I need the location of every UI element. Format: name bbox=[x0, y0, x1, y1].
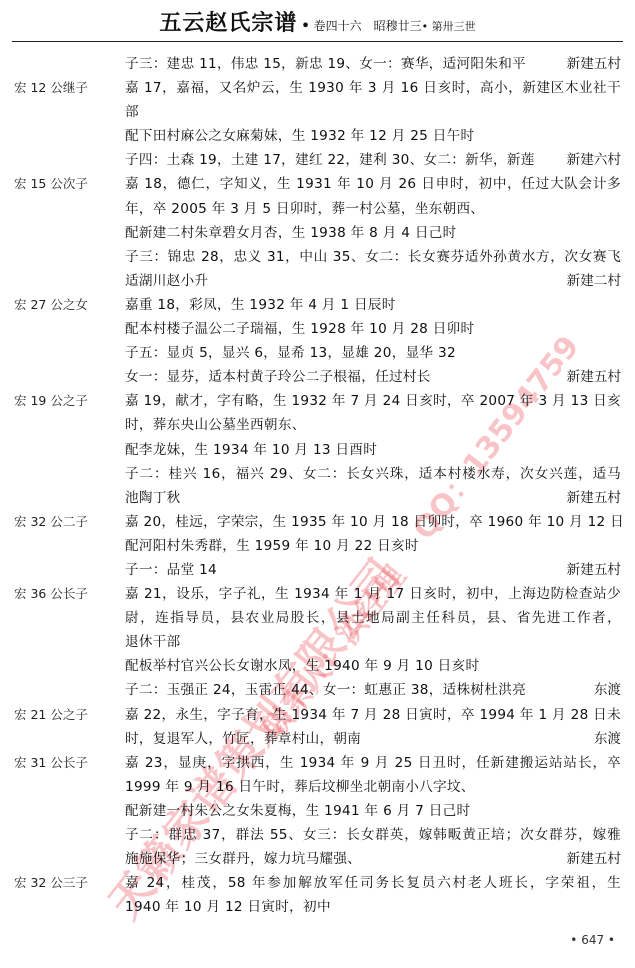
entry-line: 宏 27 公之女 嘉重 18，彩凤，生 1932 年 4 月 1 日辰时 bbox=[0, 293, 635, 317]
entry-line: 尉，连指导员，县农业局股长，县土地局副主任科员，县、省先进工作者， bbox=[0, 606, 635, 630]
entry-line: 子三：建忠 11，伟忠 15，新忠 19、女一：赛华，适河阳朱和平 新建五村 bbox=[0, 52, 635, 76]
lineage-label: 宏 32 公二子 bbox=[14, 510, 88, 534]
residence-place: 新建五村 bbox=[561, 486, 621, 510]
entry-line: 宏 32 公三子 嘉 24，桂茂，58 年参加解放军任司务长复员六村老人班长，字… bbox=[0, 871, 635, 895]
entry-line: 子二：群忠 37，群法 55、女三：长女群英，嫁韩畈黄正培；次女群芬，嫁雅 bbox=[0, 823, 635, 847]
entry-line: 部 bbox=[0, 100, 635, 124]
header-divider bbox=[12, 41, 623, 42]
entry-text: 子三：锦忠 28，忠义 31，中山 35、女二：长女赛芬适外孙黄水方，次女赛飞 bbox=[125, 245, 621, 269]
entry-line: 配新建一村朱公之女朱夏梅，生 1941 年 6 月 7 日己时 bbox=[0, 799, 635, 823]
lineage-label: 宏 19 公之子 bbox=[14, 389, 88, 413]
entry-line: 宏 19 公之子 嘉 19，献才，字有略，生 1932 年 7 月 24 日亥时… bbox=[0, 389, 635, 413]
genealogy-content: 子三：建忠 11，伟忠 15，新忠 19、女一：赛华，适河阳朱和平 新建五村 宏… bbox=[0, 52, 635, 919]
entry-line: 退休干部 bbox=[0, 630, 635, 654]
entry-text: 年，卒 2005 年 3 月 5 日卯时，葬一村公墓，坐东朝西、 bbox=[125, 197, 621, 221]
entry-line: 女一：显芬，适本村黄子玲公二子根福，任过村长 新建五村 bbox=[0, 365, 635, 389]
entry-text: 配本村楼子温公二子瑞福，生 1928 年 10 月 28 日卯时 bbox=[125, 317, 621, 341]
genealogy-entry: 宏 12 公继子 嘉 17，嘉福，又名炉云，生 1930 年 3 月 16 日亥… bbox=[0, 76, 635, 172]
lineage-label: 宏 27 公之女 bbox=[14, 293, 88, 317]
volume-label: 卷四十六 昭穆廿三 bbox=[314, 19, 422, 33]
entry-line: 配板举村官兴公长女谢水凤，生 1940 年 9 月 10 日亥时 bbox=[0, 654, 635, 678]
entry-text: 嘉 18，德仁，字知义，生 1931 年 10 月 26 日申时，初中，任过大队… bbox=[125, 172, 621, 196]
lineage-label: 宏 36 公长子 bbox=[14, 582, 88, 606]
entry-line: 子二：玉强正 24，玉雷正 44、女一：虹惠正 38，适株树杜洪亮 东渡 bbox=[0, 678, 635, 702]
entry-line: 宏 31 公长子 嘉 23，显庚，字拱西，生 1934 年 9 月 25 日丑时… bbox=[0, 751, 635, 775]
page-number: • 647 • bbox=[570, 933, 615, 947]
residence-place: 新建二村 bbox=[561, 269, 621, 293]
entry-text: 配新建一村朱公之女朱夏梅，生 1941 年 6 月 7 日己时 bbox=[125, 799, 621, 823]
entry-line: 时，复退军人，竹匠，葬章村山，朝南 东渡 bbox=[0, 727, 635, 751]
entry-line: 子三：锦忠 28，忠义 31，中山 35、女二：长女赛芬适外孙黄水方，次女赛飞 bbox=[0, 245, 635, 269]
entry-text: 尉，连指导员，县农业局股长，县土地局副主任科员，县、省先进工作者， bbox=[125, 606, 621, 630]
residence-place: 东渡 bbox=[588, 678, 621, 702]
genealogy-entry: 宏 19 公之子 嘉 19，献才，字有略，生 1932 年 7 月 24 日亥时… bbox=[0, 389, 635, 509]
entry-text: 时，葬东央山公墓坐西朝东、 bbox=[125, 413, 621, 437]
entry-line: 池陶丁秋 新建五村 bbox=[0, 486, 635, 510]
genealogy-entry: 宏 27 公之女 嘉重 18，彩凤，生 1932 年 4 月 1 日辰时 配本村… bbox=[0, 293, 635, 389]
residence-place: 新建五村 bbox=[561, 558, 621, 582]
entry-text: 1940 年 10 月 12 日寅时，初中 bbox=[125, 895, 621, 919]
genealogy-entry: 宏 15 公次子 嘉 18，德仁，字知义，生 1931 年 10 月 26 日申… bbox=[0, 172, 635, 292]
lineage-label: 宏 32 公三子 bbox=[14, 871, 88, 895]
entry-line: 1999 年 9 月 16 日午时，葬后坟柳坐北朝南小八字坟、 bbox=[0, 775, 635, 799]
entry-line: 子二：桂兴 16，福兴 29、女二：长女兴珠，适本村楼水寿，次女兴莲，适马 bbox=[0, 462, 635, 486]
entry-text: 子五：显贞 5，显兴 6，显希 13，显雄 20，显华 32 bbox=[125, 341, 621, 365]
page-header: 五云赵氏宗谱•卷四十六 昭穆廿三• 第卅三世 bbox=[0, 6, 635, 36]
entry-text: 配河阳村朱秀群，生 1959 年 10 月 22 日亥时 bbox=[125, 534, 621, 558]
entry-text: 池陶丁秋 bbox=[125, 486, 621, 510]
entry-line: 时，葬东央山公墓坐西朝东、 bbox=[0, 413, 635, 437]
entry-line: 子四：土森 19，土建 17，建红 22，建利 30、女二：新华，新莲 新建六村 bbox=[0, 148, 635, 172]
entry-text: 适湖川赵小升 bbox=[125, 269, 621, 293]
entry-line: 配李龙妹，生 1934 年 10 月 13 日酉时 bbox=[0, 438, 635, 462]
entry-text: 嘉 23，显庚，字拱西，生 1934 年 9 月 25 日丑时，任新建搬运站站长… bbox=[125, 751, 621, 775]
residence-place: 东渡 bbox=[588, 727, 621, 751]
genealogy-entry: 宏 21 公之子 嘉 22，永生，字子育，生 1934 年 7 月 28 日寅时… bbox=[0, 703, 635, 751]
entry-text: 1999 年 9 月 16 日午时，葬后坟柳坐北朝南小八字坟、 bbox=[125, 775, 621, 799]
entry-line: 宏 15 公次子 嘉 18，德仁，字知义，生 1931 年 10 月 26 日申… bbox=[0, 172, 635, 196]
entry-text: 退休干部 bbox=[125, 630, 621, 654]
entry-text: 配板举村官兴公长女谢水凤，生 1940 年 9 月 10 日亥时 bbox=[125, 654, 621, 678]
genealogy-entry: 宏 36 公长子 嘉 21，设乐，字子礼，生 1934 年 1 月 17 日亥时… bbox=[0, 582, 635, 702]
entry-text: 女一：显芬，适本村黄子玲公二子根福，任过村长 bbox=[125, 365, 621, 389]
entry-text: 嘉 20，桂远，字荣宗，生 1935 年 10 月 18 日卯时，卒 1960 … bbox=[125, 510, 621, 534]
entry-text: 嘉 24，桂茂，58 年参加解放军任司务长复员六村老人班长，字荣祖，生 bbox=[125, 871, 621, 895]
header-separator: • bbox=[301, 19, 309, 34]
entry-line: 配本村楼子温公二子瑞福，生 1928 年 10 月 28 日卯时 bbox=[0, 317, 635, 341]
residence-place: 新建六村 bbox=[561, 148, 621, 172]
entry-line: 子一：品堂 14 新建五村 bbox=[0, 558, 635, 582]
entry-line: 1940 年 10 月 12 日寅时，初中 bbox=[0, 895, 635, 919]
entry-line: 宏 12 公继子 嘉 17，嘉福，又名炉云，生 1930 年 3 月 16 日亥… bbox=[0, 76, 635, 100]
entry-line: 配新建二村朱章碧女月杏，生 1938 年 8 月 4 日己时 bbox=[0, 221, 635, 245]
genealogy-entry: 宏 32 公二子 嘉 20，桂远，字荣宗，生 1935 年 10 月 18 日卯… bbox=[0, 510, 635, 582]
entry-text: 施施保华；三女群丹，嫁力坑马耀强、 bbox=[125, 847, 621, 871]
residence-place: 新建五村 bbox=[561, 52, 621, 76]
entry-line: 宏 21 公之子 嘉 22，永生，字子育，生 1934 年 7 月 28 日寅时… bbox=[0, 703, 635, 727]
entry-text: 嘉 19，献才，字有略，生 1932 年 7 月 24 日亥时，卒 2007 年… bbox=[125, 389, 621, 413]
entry-text: 子二：群忠 37，群法 55、女三：长女群英，嫁韩畈黄正培；次女群芬，嫁雅 bbox=[125, 823, 621, 847]
lineage-label: 宏 12 公继子 bbox=[14, 76, 88, 100]
entry-text: 配李龙妹，生 1934 年 10 月 13 日酉时 bbox=[125, 438, 621, 462]
entry-text: 子三：建忠 11，伟忠 15，新忠 19、女一：赛华，适河阳朱和平 bbox=[125, 52, 621, 76]
generation-label: • 第卅三世 bbox=[422, 20, 476, 33]
entry-text: 子四：土森 19，土建 17，建红 22，建利 30、女二：新华，新莲 bbox=[125, 148, 621, 172]
entry-text: 子二：桂兴 16，福兴 29、女二：长女兴珠，适本村楼水寿，次女兴莲，适马 bbox=[125, 462, 621, 486]
entry-text: 子二：玉强正 24，玉雷正 44、女一：虹惠正 38，适株树杜洪亮 bbox=[125, 678, 621, 702]
entry-line: 年，卒 2005 年 3 月 5 日卯时，葬一村公墓，坐东朝西、 bbox=[0, 197, 635, 221]
entry-text: 嘉 22，永生，字子育，生 1934 年 7 月 28 日寅时，卒 1994 年… bbox=[125, 703, 621, 727]
genealogy-entry: 子三：建忠 11，伟忠 15，新忠 19、女一：赛华，适河阳朱和平 新建五村 bbox=[0, 52, 635, 76]
entry-line: 宏 32 公二子 嘉 20，桂远，字荣宗，生 1935 年 10 月 18 日卯… bbox=[0, 510, 635, 534]
entry-text: 时，复退军人，竹匠，葬章村山，朝南 bbox=[125, 727, 621, 751]
residence-place: 新建五村 bbox=[561, 847, 621, 871]
entry-line: 施施保华；三女群丹，嫁力坑马耀强、 新建五村 bbox=[0, 847, 635, 871]
entry-text: 嘉 17，嘉福，又名炉云，生 1930 年 3 月 16 日亥时，高小，新建区木… bbox=[125, 76, 621, 100]
entry-text: 嘉重 18，彩凤，生 1932 年 4 月 1 日辰时 bbox=[125, 293, 621, 317]
entry-line: 配下田村麻公之女麻菊妹，生 1932 年 12 月 25 日午时 bbox=[0, 124, 635, 148]
entry-text: 配下田村麻公之女麻菊妹，生 1932 年 12 月 25 日午时 bbox=[125, 124, 621, 148]
entry-line: 宏 36 公长子 嘉 21，设乐，字子礼，生 1934 年 1 月 17 日亥时… bbox=[0, 582, 635, 606]
entry-line: 子五：显贞 5，显兴 6，显希 13，显雄 20，显华 32 bbox=[0, 341, 635, 365]
entry-line: 适湖川赵小升 新建二村 bbox=[0, 269, 635, 293]
entry-text: 配新建二村朱章碧女月杏，生 1938 年 8 月 4 日己时 bbox=[125, 221, 621, 245]
genealogy-entry: 宏 32 公三子 嘉 24，桂茂，58 年参加解放军任司务长复员六村老人班长，字… bbox=[0, 871, 635, 919]
entry-text: 子一：品堂 14 bbox=[125, 558, 621, 582]
book-title: 五云赵氏宗谱 bbox=[159, 10, 297, 36]
entry-text: 部 bbox=[125, 100, 621, 124]
entry-line: 配河阳村朱秀群，生 1959 年 10 月 22 日亥时 bbox=[0, 534, 635, 558]
lineage-label: 宏 31 公长子 bbox=[14, 751, 88, 775]
lineage-label: 宏 21 公之子 bbox=[14, 703, 88, 727]
entry-text: 嘉 21，设乐，字子礼，生 1934 年 1 月 17 日亥时，初中，上海边防检… bbox=[125, 582, 621, 606]
residence-place: 新建五村 bbox=[561, 365, 621, 389]
genealogy-entry: 宏 31 公长子 嘉 23，显庚，字拱西，生 1934 年 9 月 25 日丑时… bbox=[0, 751, 635, 871]
lineage-label: 宏 15 公次子 bbox=[14, 172, 88, 196]
